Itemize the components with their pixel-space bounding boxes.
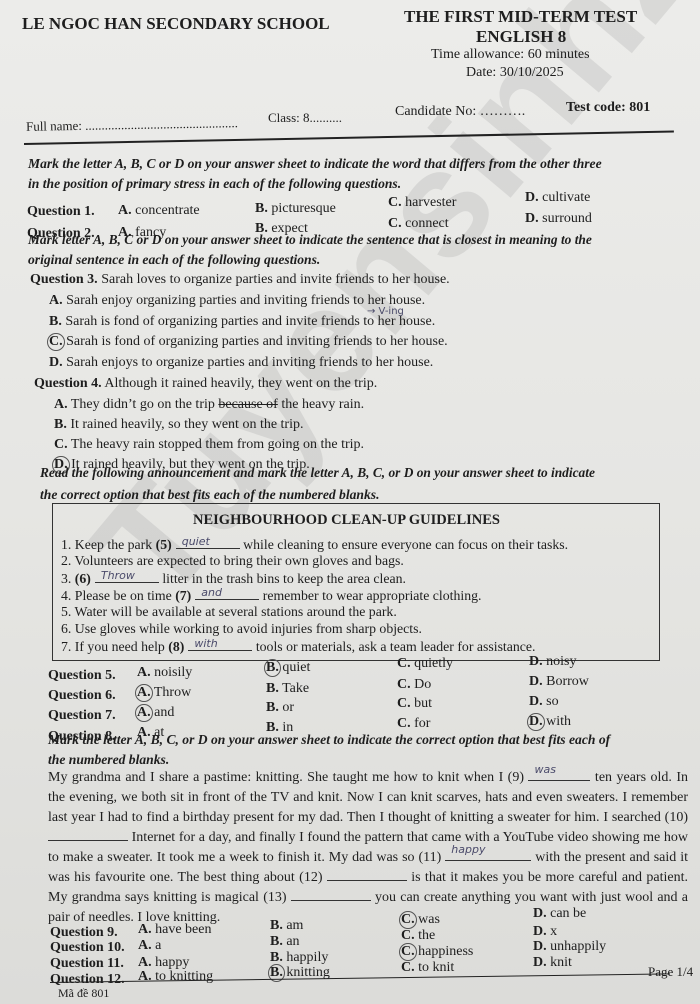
- section4-question-label: Question 10.: [50, 940, 125, 956]
- section3-question-label: Question 7.: [48, 708, 116, 724]
- option-d[interactable]: D. cultivate: [525, 190, 590, 206]
- option-text: unhappily: [547, 939, 607, 954]
- section1-question-label: Question 1.: [27, 204, 95, 220]
- section4-question-label: Question 11.: [50, 956, 124, 972]
- exam-code: Mã đề 801: [58, 986, 109, 1001]
- option-letter: A.: [118, 203, 132, 218]
- section3-question-label: Question 6.: [48, 688, 116, 704]
- option-c[interactable]: C. the: [401, 928, 435, 944]
- option-letter: B.: [255, 201, 268, 216]
- subject: ENGLISH 8: [476, 27, 566, 47]
- option-a[interactable]: A. a: [138, 938, 161, 954]
- option-letter: D.: [525, 211, 539, 226]
- section3-instruction: Read the following announcement and mark…: [40, 465, 595, 481]
- option-letter: D.: [533, 906, 547, 921]
- option-c[interactable]: C. but: [397, 696, 432, 712]
- option-letter: A.: [138, 969, 152, 984]
- q4-option-a[interactable]: A. They didn’t go on the trip because of…: [54, 397, 364, 413]
- option-b[interactable]: B. picturesque: [255, 201, 336, 217]
- option-c[interactable]: C. to knit: [401, 960, 454, 976]
- option-letter: C.: [388, 195, 402, 210]
- blank-12: [327, 868, 407, 881]
- test-date: Date: 30/10/2025: [466, 65, 564, 81]
- option-text: quietly: [411, 656, 453, 671]
- option-text: x: [547, 924, 558, 939]
- option-c[interactable]: C. harvester: [388, 195, 456, 211]
- section3-question-label: Question 5.: [48, 668, 116, 684]
- option-text: and: [151, 705, 175, 720]
- option-text: It rained heavily, so they went on the t…: [67, 417, 304, 432]
- option-d[interactable]: D. so: [529, 694, 559, 710]
- reading-passage: My grandma and I share a pastime: knitti…: [48, 768, 688, 928]
- guideline-line: 2. Volunteers are expected to bring thei…: [61, 553, 404, 569]
- q4-option-c[interactable]: C. The heavy rain stopped them from goin…: [54, 437, 364, 453]
- exam-page: Tuyensinh247.com LE NGOC HAN SECONDARY S…: [0, 0, 700, 1004]
- option-letter: B.: [49, 314, 62, 329]
- question-3-stem: Sarah loves to organize parties and invi…: [101, 272, 449, 287]
- candidate-no-field: Candidate No: ……….: [395, 104, 525, 120]
- option-letter: D.: [533, 924, 547, 939]
- option-letter: C.: [401, 928, 415, 943]
- option-c[interactable]: C. connect: [388, 216, 449, 232]
- time-allowance: Time allowance: 60 minutes: [431, 47, 590, 63]
- option-letter: C.: [401, 960, 415, 975]
- option-letter: C.: [397, 677, 411, 692]
- question-4: Question 4. Although it rained heavily, …: [34, 376, 377, 392]
- section4-question-label: Question 9.: [50, 925, 118, 941]
- option-letter: D.: [529, 694, 543, 709]
- option-b[interactable]: B. or: [266, 700, 294, 716]
- option-d[interactable]: D. knit: [533, 955, 572, 971]
- option-c[interactable]: C. for: [397, 716, 430, 732]
- option-letter: A.: [138, 938, 152, 953]
- full-name-field: Full name: .............................…: [26, 115, 238, 135]
- option-text: have been: [152, 922, 212, 937]
- option-d[interactable]: D. noisy: [529, 654, 576, 670]
- option-d[interactable]: D. x: [533, 924, 557, 940]
- option-text: so: [543, 694, 559, 709]
- option-text: Throw: [151, 685, 192, 700]
- option-a[interactable]: A. Throw: [137, 685, 191, 701]
- option-a[interactable]: A. concentrate: [118, 203, 200, 219]
- option-letter: C.: [397, 716, 411, 731]
- blank-9: was: [528, 768, 590, 781]
- option-text: but: [411, 696, 432, 711]
- option-letter: B.: [54, 417, 67, 432]
- page-number: Page 1/4: [648, 964, 693, 980]
- option-b[interactable]: B. quiet: [266, 660, 310, 676]
- section2-instruction: Mark letter A, B, C or D on your answer …: [28, 232, 592, 248]
- option-b[interactable]: B. an: [270, 934, 300, 950]
- option-a[interactable]: A. to knitting: [138, 969, 213, 985]
- option-letter: B.: [266, 681, 279, 696]
- announcement-title: NEIGHBOURHOOD CLEAN-UP GUIDELINES: [193, 512, 500, 529]
- option-letter: D.: [49, 355, 63, 370]
- option-letter: D.: [529, 654, 543, 669]
- option-text: can be: [547, 906, 587, 921]
- option-letter: C.: [397, 696, 411, 711]
- option-d[interactable]: D. can be: [533, 906, 586, 922]
- question-3: Question 3. Sarah loves to organize part…: [30, 272, 450, 288]
- blank-11: happy: [445, 848, 531, 861]
- guideline-line: 7. If you need help (8)with tools or mat…: [61, 638, 536, 655]
- test-title: THE FIRST MID-TERM TEST: [404, 7, 637, 27]
- option-d[interactable]: D. unhappily: [533, 939, 606, 955]
- option-text: The heavy rain stopped them from going o…: [68, 437, 364, 452]
- option-text: noisily: [151, 665, 193, 680]
- option-letter: C.: [388, 216, 402, 231]
- section1-instruction: Mark the letter A, B, C or D on your ans…: [28, 156, 602, 172]
- guideline-line: 1. Keep the park (5)quiet while cleaning…: [61, 536, 568, 553]
- option-text: to knit: [415, 960, 455, 975]
- option-text: harvester: [402, 195, 457, 210]
- option-c[interactable]: C. Do: [397, 677, 431, 693]
- question-4-label: Question 4.: [34, 376, 102, 391]
- school-name: LE NGOC HAN SECONDARY SCHOOL: [22, 14, 330, 34]
- option-text: cultivate: [539, 190, 591, 205]
- q3-option-d[interactable]: D. Sarah enjoys to organize parties and …: [49, 355, 433, 371]
- option-letter: A.: [54, 397, 68, 412]
- option-d[interactable]: D. Borrow: [529, 674, 589, 690]
- q3-option-c[interactable]: C. Sarah is fond of organizing parties a…: [49, 334, 448, 350]
- option-text: Sarah is fond of organizing parties and …: [63, 334, 448, 349]
- option-text: happiness: [415, 944, 474, 959]
- option-text: Do: [411, 677, 432, 692]
- option-letter: A.: [137, 665, 151, 680]
- option-letter: B.: [270, 950, 283, 965]
- option-a[interactable]: A. noisily: [137, 665, 192, 681]
- section4-instruction-cont: the numbered blanks.: [48, 752, 169, 768]
- section1-instruction-cont: in the position of primary stress in eac…: [28, 176, 401, 192]
- option-text: an: [283, 934, 300, 949]
- option-letter: B.: [270, 934, 283, 949]
- blank-5[interactable]: quiet: [176, 536, 240, 549]
- handwritten-note: → V-ing: [367, 306, 404, 317]
- blank-7[interactable]: and: [195, 587, 259, 600]
- option-d[interactable]: D. with: [529, 714, 571, 730]
- option-text: picturesque: [268, 201, 336, 216]
- option-letter: C.: [54, 437, 68, 452]
- option-letter: D.: [533, 939, 547, 954]
- section3-instruction-cont: the correct option that best fits each o…: [40, 487, 379, 503]
- option-letter: C.: [397, 656, 411, 671]
- option-text: or: [279, 700, 294, 715]
- option-text: happily: [283, 950, 329, 965]
- guideline-line: 6. Use gloves while working to avoid inj…: [61, 621, 422, 637]
- section2-instruction-cont: original sentence in each of the followi…: [28, 252, 320, 268]
- guideline-line: 3. (6)Throw litter in the trash bins to …: [61, 570, 406, 587]
- option-c[interactable]: C. was: [401, 912, 440, 928]
- option-d[interactable]: D. surround: [525, 211, 592, 227]
- question-3-label: Question 3.: [30, 272, 98, 287]
- option-c[interactable]: C. quietly: [397, 656, 453, 672]
- option-text: am: [283, 918, 304, 933]
- option-text: They didn’t go on the trip because of th…: [68, 397, 365, 412]
- option-text: concentrate: [132, 203, 200, 218]
- option-b[interactable]: B. am: [270, 918, 303, 934]
- option-letter: B.: [266, 700, 279, 715]
- q4-option-b[interactable]: B. It rained heavily, so they went on th…: [54, 417, 303, 433]
- option-text: to knitting: [152, 969, 213, 984]
- option-letter: A.: [138, 955, 152, 970]
- option-b[interactable]: B. Take: [266, 681, 309, 697]
- option-a[interactable]: A. and: [137, 705, 174, 721]
- option-a[interactable]: A. have been: [138, 922, 211, 938]
- blank-10: [48, 828, 128, 841]
- option-letter: D.: [529, 674, 543, 689]
- option-letter: D.: [533, 955, 547, 970]
- blank-13: [291, 888, 371, 901]
- blank-6[interactable]: Throw: [95, 570, 159, 583]
- option-text: quiet: [279, 660, 311, 675]
- option-text: noisy: [543, 654, 577, 669]
- option-c[interactable]: C. happiness: [401, 944, 473, 960]
- option-text: knit: [547, 955, 572, 970]
- option-text: happy: [152, 955, 190, 970]
- option-text: a: [152, 938, 162, 953]
- option-text: Take: [279, 681, 309, 696]
- section4-instruction: Mark the letter A, B, C, or D on your an…: [48, 732, 610, 748]
- guideline-line: 4. Please be on time (7)and remember to …: [61, 587, 481, 604]
- option-text: surround: [539, 211, 592, 226]
- option-text: Sarah enjoys to organize parties and inv…: [63, 355, 434, 370]
- option-text: for: [411, 716, 431, 731]
- test-code: Test code: 801: [566, 100, 650, 116]
- option-letter: A.: [138, 922, 152, 937]
- option-letter: A.: [49, 293, 63, 308]
- guideline-line: 5. Water will be available at several st…: [61, 604, 397, 620]
- blank-8[interactable]: with: [188, 638, 252, 651]
- option-letter: B.: [270, 918, 283, 933]
- option-text: Borrow: [543, 674, 589, 689]
- option-text: the: [415, 928, 436, 943]
- option-letter: D.: [525, 190, 539, 205]
- option-text: was: [415, 912, 440, 927]
- option-text: with: [543, 714, 571, 729]
- class-field: Class: 8..........: [268, 110, 342, 126]
- option-text: connect: [402, 216, 449, 231]
- question-4-stem: Although it rained heavily, they went on…: [104, 376, 377, 391]
